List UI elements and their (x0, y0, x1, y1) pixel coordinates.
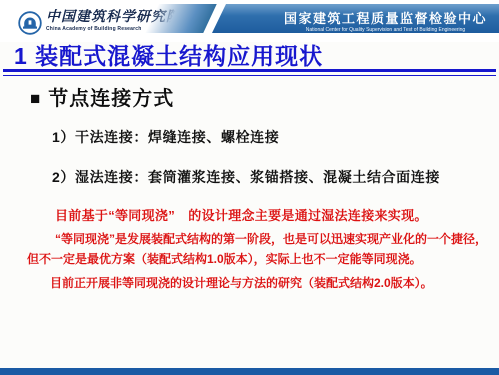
section-heading: ■节点连接方式 (30, 88, 174, 110)
slide-root: 中国建筑科学研究院 China Academy of Building Rese… (0, 0, 499, 375)
square-bullet-icon: ■ (30, 89, 41, 108)
footer-accent-bar (0, 368, 499, 375)
header-bar: 中国建筑科学研究院 China Academy of Building Rese… (0, 0, 499, 42)
title-divider-thick (3, 69, 496, 72)
center-name-cn: 国家建筑工程质量监督检验中心 (284, 12, 487, 25)
red-note-line-3: 但不一定是最优方案（装配式结构1.0版本），实际上也不一定能等同现浇。 (27, 250, 422, 267)
red-note-line-4: 目前正开展非等同现浇的设计理论与方法的研究（装配式结构2.0版本）。 (50, 274, 433, 291)
list-item-wet-connection: 2）湿法连接：套筒灌浆连接、浆锚搭接、混凝土结合面连接 (52, 167, 440, 187)
center-name-en: National Center for Quality Supervision … (284, 27, 487, 33)
red-note-line-2: “等同现浇”是发展装配式结构的第一阶段，也是可以迅速实现产业化的一个捷径， (55, 230, 487, 247)
page-title: 1 装配式混凝土结构应用现状 (14, 44, 323, 68)
banner-text-block: 国家建筑工程质量监督检验中心 National Center for Quali… (284, 12, 487, 33)
banner-bar: 国家建筑工程质量监督检验中心 National Center for Quali… (212, 4, 499, 33)
list-item-dry-connection: 1）干法连接：焊缝连接、螺栓连接 (52, 127, 279, 147)
banner-lead-stripe (145, 4, 217, 33)
cabr-building-icon (18, 11, 42, 35)
red-note-line-1: 目前基于“等同现浇” 的设计理念主要是通过湿法连接来实现。 (55, 205, 428, 224)
section-heading-label: 节点连接方式 (48, 88, 174, 110)
title-divider-thin (3, 75, 496, 76)
